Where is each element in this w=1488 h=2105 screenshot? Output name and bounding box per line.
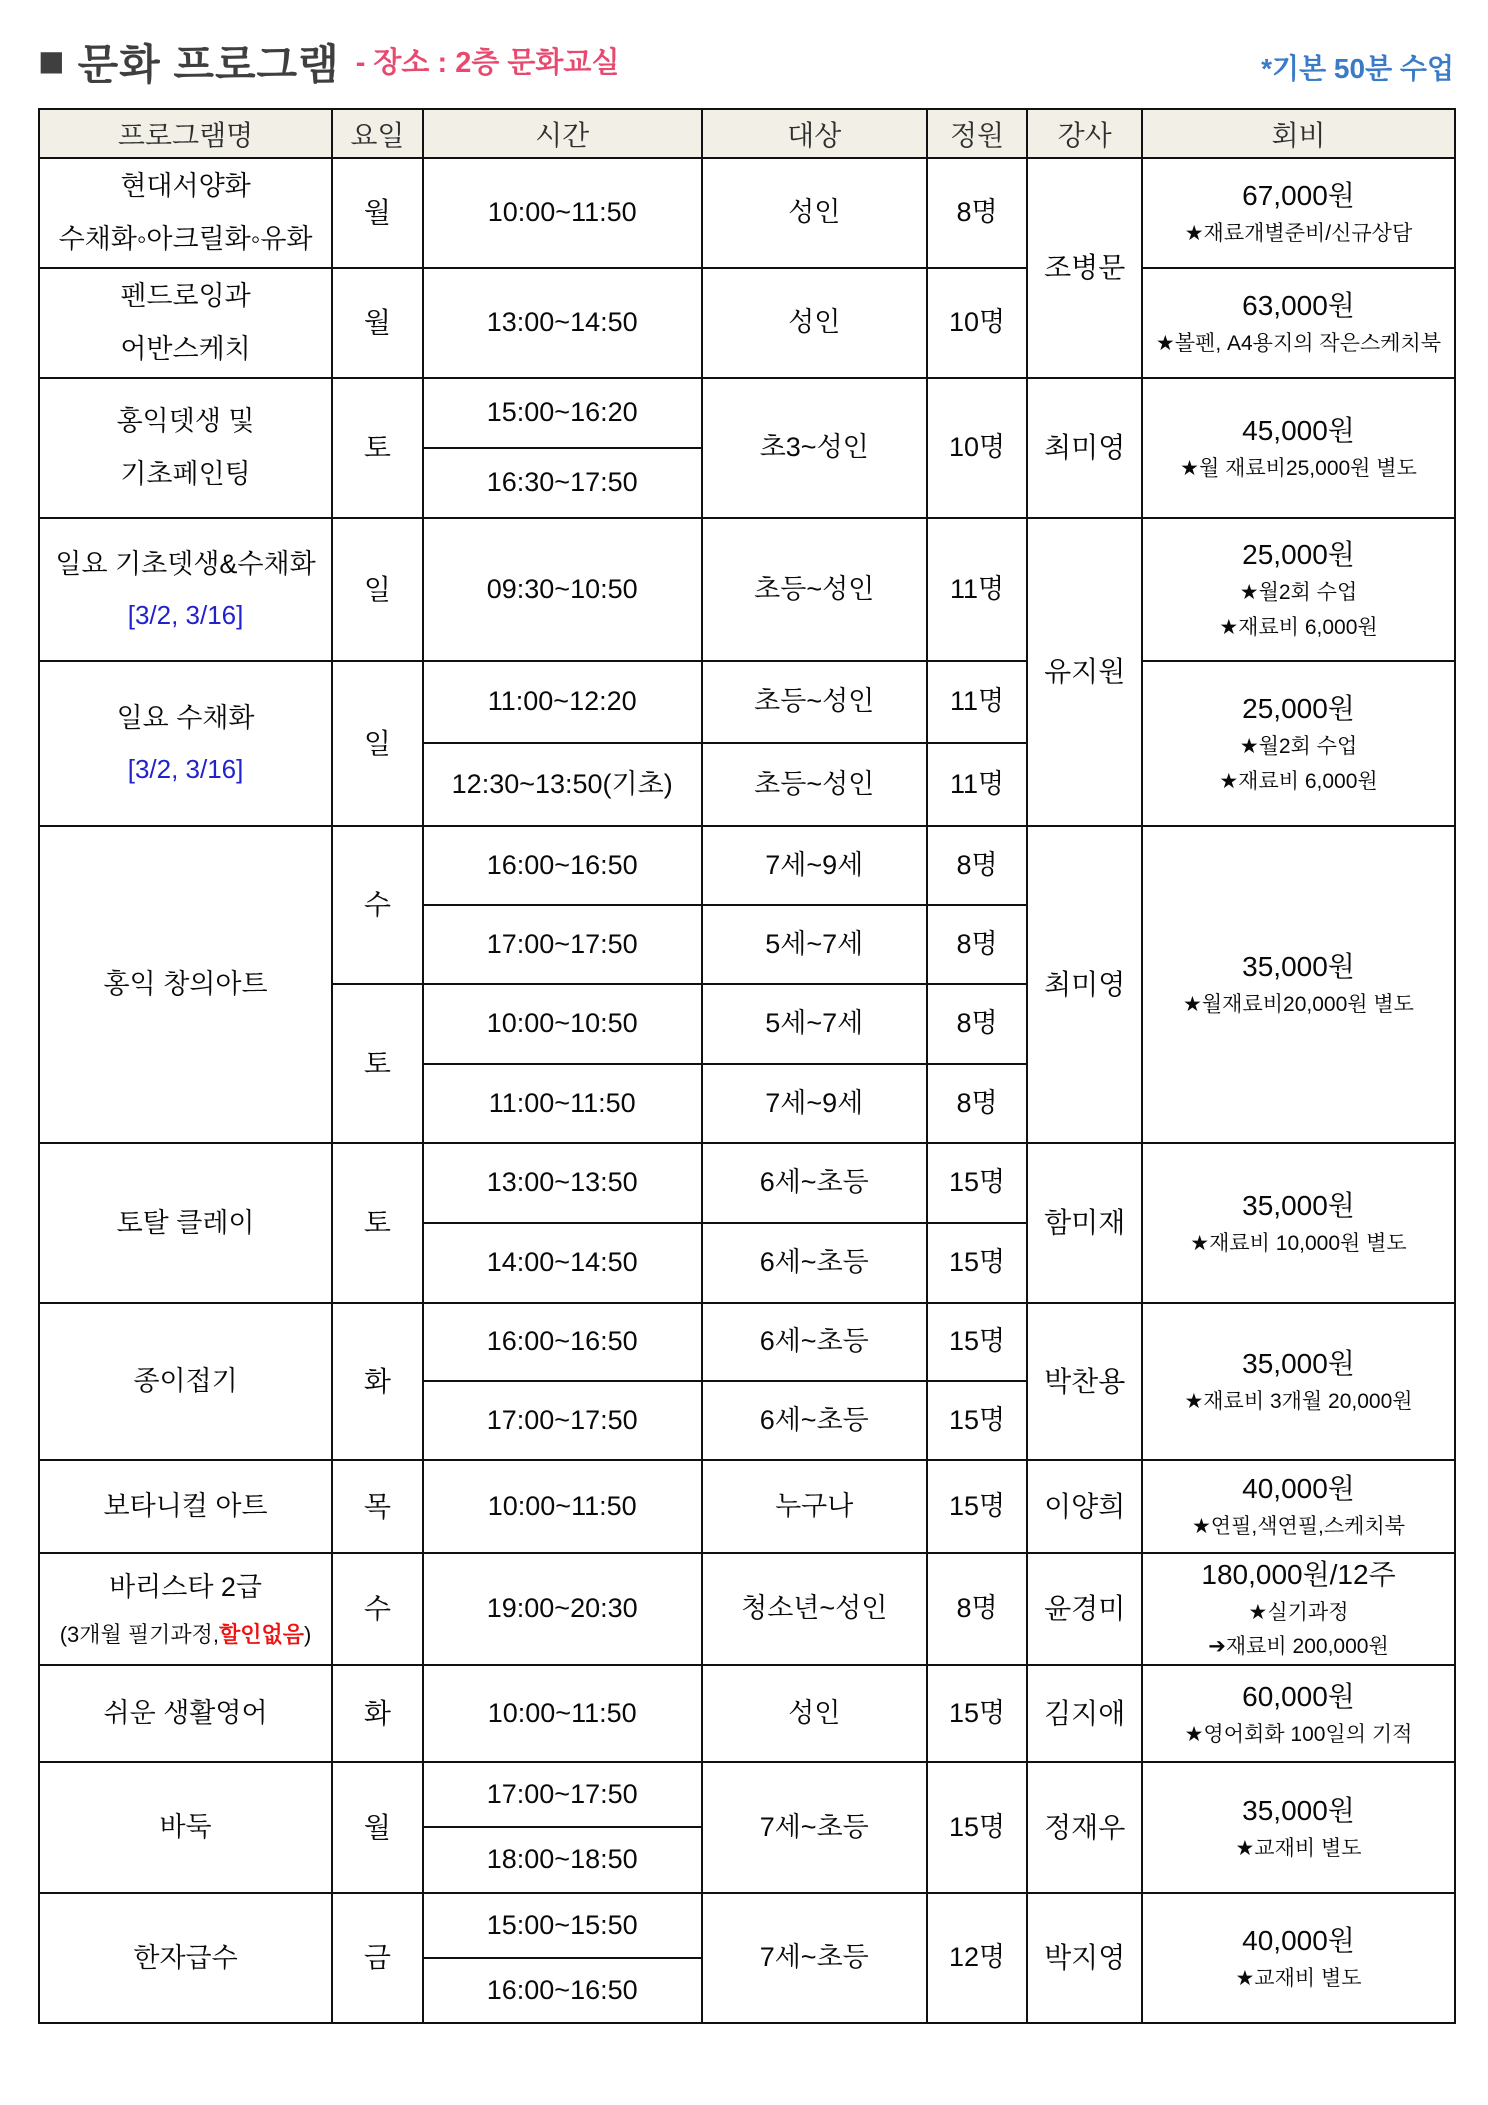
cell-line: 35,000원 xyxy=(1147,1790,1450,1832)
cell-line: ★재료비 6,000원 xyxy=(1147,611,1450,645)
capacity-cell: 8명 xyxy=(927,905,1028,984)
cell-line: 40,000원 xyxy=(1147,1468,1450,1510)
cell-line: 15명 xyxy=(932,1321,1023,1363)
cell-line: 10:00~11:50 xyxy=(428,1693,697,1735)
capacity-cell: 10명 xyxy=(927,268,1028,378)
cell-line: 최미영 xyxy=(1032,963,1137,1006)
cell-line: 40,000원 xyxy=(1147,1920,1450,1962)
cell-line: 성인 xyxy=(707,1693,922,1735)
fee-cell: 67,000원★재료개별준비/신규상담 xyxy=(1142,158,1455,268)
cell-line: 성인 xyxy=(707,192,922,234)
program-name-cell: 현대서양화수채화◦아크릴화◦유화 xyxy=(39,158,332,268)
cell-line: ★연필,색연필,스케치북 xyxy=(1147,1510,1450,1544)
table-row: 한자급수금15:00~15:507세~초등12명박지영40,000원★교재비 별… xyxy=(39,1893,1455,1958)
table-header-cell: 강사 xyxy=(1027,109,1142,158)
cell-line: ★재료비 3개월 20,000원 xyxy=(1147,1385,1450,1419)
teacher-cell: 윤경미 xyxy=(1027,1553,1142,1665)
target-cell: 7세~초등 xyxy=(702,1762,927,1893)
location-subtitle: - 장소 : 2층 문화교실 xyxy=(356,40,620,84)
cell-line: 초3~성인 xyxy=(707,427,922,469)
cell-line: 25,000원 xyxy=(1147,688,1450,730)
day-cell: 월 xyxy=(332,158,423,268)
cell-line: 수 xyxy=(337,883,418,926)
cell-line: ★교재비 별도 xyxy=(1147,1832,1450,1866)
target-cell: 성인 xyxy=(702,1665,927,1762)
cell-line: 홍익뎃생 및 xyxy=(44,395,327,448)
time-cell: 13:00~14:50 xyxy=(423,268,702,378)
time-cell: 10:00~11:50 xyxy=(423,1665,702,1762)
cell-line: ★실기과정 xyxy=(1147,1596,1450,1630)
fee-cell: 35,000원★재료비 10,000원 별도 xyxy=(1142,1143,1455,1303)
program-name-cell: 토탈 클레이 xyxy=(39,1143,332,1303)
cell-line: 180,000원/12주 xyxy=(1147,1554,1450,1596)
day-cell: 화 xyxy=(332,1303,423,1460)
cell-line: 일요 수채화 xyxy=(44,692,327,745)
cell-line: 바리스타 2급 xyxy=(44,1561,327,1614)
time-cell: 15:00~15:50 xyxy=(423,1893,702,1958)
cell-line: 토 xyxy=(337,1201,418,1244)
cell-line: 화 xyxy=(337,1360,418,1403)
time-cell: 16:00~16:50 xyxy=(423,1958,702,2023)
page: ■ 문화 프로그램 - 장소 : 2층 문화교실 *기본 50분 수업 프로그램… xyxy=(0,0,1488,2024)
fee-cell: 180,000원/12주★실기과정➔재료비 200,000원 xyxy=(1142,1553,1455,1665)
teacher-cell: 정재우 xyxy=(1027,1762,1142,1893)
teacher-cell: 최미영 xyxy=(1027,378,1142,518)
cell-line: 쉬운 생활영어 xyxy=(44,1687,327,1740)
cell-line: 13:00~14:50 xyxy=(428,302,697,344)
table-header-cell: 프로그램명 xyxy=(39,109,332,158)
cell-line: 수채화◦아크릴화◦유화 xyxy=(44,213,327,266)
cell-line: 화 xyxy=(337,1692,418,1735)
fee-cell: 25,000원★월2회 수업★재료비 6,000원 xyxy=(1142,518,1455,661)
cell-line: 일 xyxy=(337,568,418,611)
cell-line: ★월2회 수업 xyxy=(1147,730,1450,764)
target-cell: 초등~성인 xyxy=(702,661,927,743)
program-name-cell: 보타니컬 아트 xyxy=(39,1460,332,1553)
cell-line: 6세~초등 xyxy=(707,1242,922,1284)
table-header-cell: 회비 xyxy=(1142,109,1455,158)
cell-line: 김지애 xyxy=(1032,1692,1137,1735)
cell-line: 조병문 xyxy=(1032,246,1137,289)
capacity-cell: 8명 xyxy=(927,1064,1028,1143)
cell-line: 7세~초등 xyxy=(707,1937,922,1979)
target-cell: 청소년~성인 xyxy=(702,1553,927,1665)
time-cell: 12:30~13:50(기초) xyxy=(423,743,702,826)
time-cell: 13:00~13:50 xyxy=(423,1143,702,1223)
fee-cell: 45,000원★월 재료비25,000원 별도 xyxy=(1142,378,1455,518)
table-row: 토탈 클레이토13:00~13:506세~초등15명함미재35,000원★재료비… xyxy=(39,1143,1455,1223)
cell-line: ➔재료비 200,000원 xyxy=(1147,1630,1450,1664)
cell-line: ★교재비 별도 xyxy=(1147,1962,1450,1996)
cell-line: 14:00~14:50 xyxy=(428,1242,697,1284)
duration-note: *기본 50분 수업 xyxy=(1261,47,1454,92)
cell-line: 6세~초등 xyxy=(707,1400,922,1442)
cell-line: 35,000원 xyxy=(1147,1343,1450,1385)
cell-line: ★재료비 10,000원 별도 xyxy=(1147,1227,1450,1261)
cell-line: 초등~성인 xyxy=(707,681,922,723)
time-cell: 16:00~16:50 xyxy=(423,826,702,905)
cell-line: 16:00~16:50 xyxy=(428,1321,697,1363)
cell-line: 8명 xyxy=(932,845,1023,887)
cell-line: 청소년~성인 xyxy=(707,1588,922,1630)
day-cell: 토 xyxy=(332,378,423,518)
cell-line: 15명 xyxy=(932,1242,1023,1284)
cell-line: (3개월 필기과정,할인없음) xyxy=(44,1614,327,1657)
time-cell: 17:00~17:50 xyxy=(423,905,702,984)
target-cell: 초등~성인 xyxy=(702,518,927,661)
cell-line: 종이접기 xyxy=(44,1355,327,1408)
capacity-cell: 10명 xyxy=(927,378,1028,518)
program-name-cell: 일요 기초뎃생&수채화[3/2, 3/16] xyxy=(39,518,332,661)
capacity-cell: 15명 xyxy=(927,1665,1028,1762)
cell-line: 15:00~15:50 xyxy=(428,1905,697,1947)
cell-line: 15:00~16:20 xyxy=(428,392,697,434)
capacity-cell: 15명 xyxy=(927,1460,1028,1553)
table-row: 현대서양화수채화◦아크릴화◦유화월10:00~11:50성인8명조병문67,00… xyxy=(39,158,1455,268)
cell-line: 15명 xyxy=(932,1400,1023,1442)
fee-cell: 25,000원★월2회 수업★재료비 6,000원 xyxy=(1142,661,1455,826)
cell-line: 월 xyxy=(337,1806,418,1849)
cell-line: 박지영 xyxy=(1032,1936,1137,1979)
title-row: ■ 문화 프로그램 - 장소 : 2층 문화교실 *기본 50분 수업 xyxy=(38,32,1454,92)
teacher-cell: 조병문 xyxy=(1027,158,1142,378)
time-cell: 16:30~17:50 xyxy=(423,448,702,518)
cell-line: 8명 xyxy=(932,1083,1023,1125)
teacher-cell: 박찬용 xyxy=(1027,1303,1142,1460)
cell-line: 누구나 xyxy=(707,1486,922,1528)
program-name-cell: 펜드로잉과어반스케치 xyxy=(39,268,332,378)
capacity-cell: 15명 xyxy=(927,1223,1028,1303)
cell-line: 10:00~11:50 xyxy=(428,192,697,234)
capacity-cell: 8명 xyxy=(927,984,1028,1064)
cell-line: 펜드로잉과 xyxy=(44,270,327,323)
program-table: 프로그램명요일시간대상정원강사회비 현대서양화수채화◦아크릴화◦유화월10:00… xyxy=(38,108,1456,2024)
cell-line: 09:30~10:50 xyxy=(428,569,697,611)
table-row: 종이접기화16:00~16:506세~초등15명박찬용35,000원★재료비 3… xyxy=(39,1303,1455,1381)
cell-line: 박찬용 xyxy=(1032,1360,1137,1403)
capacity-cell: 15명 xyxy=(927,1762,1028,1893)
cell-line: 12명 xyxy=(932,1937,1023,1979)
table-row: 바리스타 2급(3개월 필기과정,할인없음)수19:00~20:30청소년~성인… xyxy=(39,1553,1455,1665)
cell-line: 15명 xyxy=(932,1693,1023,1735)
day-cell: 수 xyxy=(332,1553,423,1665)
cell-line: 토탈 클레이 xyxy=(44,1197,327,1250)
cell-line: 17:00~17:50 xyxy=(428,1400,697,1442)
target-cell: 성인 xyxy=(702,158,927,268)
teacher-cell: 박지영 xyxy=(1027,1893,1142,2023)
cell-line: 15명 xyxy=(932,1807,1023,1849)
cell-line: 일 xyxy=(337,722,418,765)
target-cell: 7세~9세 xyxy=(702,826,927,905)
cell-line: 초등~성인 xyxy=(707,569,922,611)
cell-line: 목 xyxy=(337,1485,418,1528)
day-cell: 토 xyxy=(332,1143,423,1303)
target-cell: 6세~초등 xyxy=(702,1143,927,1223)
cell-line: 일요 기초뎃생&수채화 xyxy=(44,538,327,591)
cell-line: 10:00~10:50 xyxy=(428,1003,697,1045)
time-cell: 11:00~11:50 xyxy=(423,1064,702,1143)
cell-line: 11:00~11:50 xyxy=(428,1083,697,1125)
cell-line: 월 xyxy=(337,301,418,344)
day-cell: 일 xyxy=(332,661,423,826)
time-cell: 17:00~17:50 xyxy=(423,1762,702,1827)
teacher-cell: 최미영 xyxy=(1027,826,1142,1143)
table-row: 일요 수채화[3/2, 3/16]일11:00~12:20초등~성인11명25,… xyxy=(39,661,1455,743)
cell-line: 5세~7세 xyxy=(707,1003,922,1045)
table-header-cell: 요일 xyxy=(332,109,423,158)
table-row: 바둑월17:00~17:507세~초등15명정재우35,000원★교재비 별도 xyxy=(39,1762,1455,1827)
cell-line: 기초페인팅 xyxy=(44,448,327,501)
capacity-cell: 15명 xyxy=(927,1143,1028,1223)
cell-line: 11명 xyxy=(932,681,1023,723)
cell-line: 함미재 xyxy=(1032,1201,1137,1244)
table-header-row: 프로그램명요일시간대상정원강사회비 xyxy=(39,109,1455,158)
day-cell: 화 xyxy=(332,1665,423,1762)
table-row: 쉬운 생활영어화10:00~11:50성인15명김지애60,000원★영어회화 … xyxy=(39,1665,1455,1762)
table-row: 보타니컬 아트목10:00~11:50누구나15명이양희40,000원★연필,색… xyxy=(39,1460,1455,1553)
program-name-cell: 한자급수 xyxy=(39,1893,332,2023)
cell-line: 정재우 xyxy=(1032,1806,1137,1849)
table-row: 홍익뎃생 및기초페인팅토15:00~16:20초3~성인10명최미영45,000… xyxy=(39,378,1455,448)
time-cell: 16:00~16:50 xyxy=(423,1303,702,1381)
fee-cell: 63,000원★볼펜, A4용지의 작은스케치북 xyxy=(1142,268,1455,378)
capacity-cell: 11명 xyxy=(927,743,1028,826)
cell-line: 60,000원 xyxy=(1147,1676,1450,1718)
capacity-cell: 12명 xyxy=(927,1893,1028,2023)
cell-line: 16:00~16:50 xyxy=(428,845,697,887)
cell-line: 토 xyxy=(337,426,418,469)
day-cell: 일 xyxy=(332,518,423,661)
cell-line: 63,000원 xyxy=(1147,285,1450,327)
program-name-cell: 홍익 창의아트 xyxy=(39,826,332,1143)
cell-line: ★볼펜, A4용지의 작은스케치북 xyxy=(1147,327,1450,361)
cell-line: 15명 xyxy=(932,1486,1023,1528)
target-cell: 6세~초등 xyxy=(702,1303,927,1381)
cell-line: 16:00~16:50 xyxy=(428,1970,697,2012)
cell-line: 35,000원 xyxy=(1147,946,1450,988)
page-title: 문화 프로그램 xyxy=(78,32,340,92)
time-cell: 10:00~11:50 xyxy=(423,1460,702,1553)
cell-line: 토 xyxy=(337,1042,418,1085)
table-row: 펜드로잉과어반스케치월13:00~14:50성인10명63,000원★볼펜, A… xyxy=(39,268,1455,378)
cell-line: 13:00~13:50 xyxy=(428,1162,697,1204)
cell-line: 15명 xyxy=(932,1162,1023,1204)
cell-line: 8명 xyxy=(932,192,1023,234)
cell-line: 11명 xyxy=(932,764,1023,806)
time-cell: 17:00~17:50 xyxy=(423,1381,702,1460)
table-header-cell: 대상 xyxy=(702,109,927,158)
fee-cell: 60,000원★영어회화 100일의 기적 xyxy=(1142,1665,1455,1762)
cell-line: 6세~초등 xyxy=(707,1162,922,1204)
capacity-cell: 11명 xyxy=(927,518,1028,661)
day-cell: 월 xyxy=(332,268,423,378)
time-cell: 15:00~16:20 xyxy=(423,378,702,448)
cell-line: 이양희 xyxy=(1032,1485,1137,1528)
table-row: 일요 기초뎃생&수채화[3/2, 3/16]일09:30~10:50초등~성인1… xyxy=(39,518,1455,661)
day-cell: 금 xyxy=(332,1893,423,2023)
target-cell: 6세~초등 xyxy=(702,1381,927,1460)
target-cell: 5세~7세 xyxy=(702,905,927,984)
cell-line: 8명 xyxy=(932,1588,1023,1630)
cell-line: 바둑 xyxy=(44,1801,327,1854)
time-cell: 18:00~18:50 xyxy=(423,1827,702,1893)
target-cell: 5세~7세 xyxy=(702,984,927,1064)
cell-line: 6세~초등 xyxy=(707,1321,922,1363)
time-cell: 11:00~12:20 xyxy=(423,661,702,743)
cell-line: 유지원 xyxy=(1032,650,1137,693)
cell-line: 한자급수 xyxy=(44,1932,327,1985)
target-cell: 초등~성인 xyxy=(702,743,927,826)
cell-line: 성인 xyxy=(707,302,922,344)
day-cell: 수 xyxy=(332,826,423,984)
fee-cell: 35,000원★재료비 3개월 20,000원 xyxy=(1142,1303,1455,1460)
cell-line: 홍익 창의아트 xyxy=(44,958,327,1011)
teacher-cell: 김지애 xyxy=(1027,1665,1142,1762)
cell-line: 수 xyxy=(337,1587,418,1630)
day-cell: 토 xyxy=(332,984,423,1143)
cell-line: ★재료비 6,000원 xyxy=(1147,765,1450,799)
capacity-cell: 11명 xyxy=(927,661,1028,743)
program-name-cell: 바리스타 2급(3개월 필기과정,할인없음) xyxy=(39,1553,332,1665)
cell-line: ★월 재료비25,000원 별도 xyxy=(1147,452,1450,486)
target-cell: 초3~성인 xyxy=(702,378,927,518)
table-row: 홍익 창의아트수16:00~16:507세~9세8명최미영35,000원★월재료… xyxy=(39,826,1455,905)
time-cell: 09:30~10:50 xyxy=(423,518,702,661)
cell-line: [3/2, 3/16] xyxy=(44,590,327,641)
time-cell: 19:00~20:30 xyxy=(423,1553,702,1665)
program-name-cell: 일요 수채화[3/2, 3/16] xyxy=(39,661,332,826)
cell-line: 초등~성인 xyxy=(707,764,922,806)
program-name-cell: 바둑 xyxy=(39,1762,332,1893)
cell-line: 5세~7세 xyxy=(707,924,922,966)
fee-cell: 40,000원★교재비 별도 xyxy=(1142,1893,1455,2023)
cell-line: ★월재료비20,000원 별도 xyxy=(1147,988,1450,1022)
cell-line: 11명 xyxy=(932,569,1023,611)
capacity-cell: 15명 xyxy=(927,1303,1028,1381)
cell-line: ★재료개별준비/신규상담 xyxy=(1147,217,1450,251)
cell-line: 보타니컬 아트 xyxy=(44,1480,327,1533)
capacity-cell: 15명 xyxy=(927,1381,1028,1460)
title-left: ■ 문화 프로그램 - 장소 : 2층 문화교실 xyxy=(38,32,619,92)
target-cell: 누구나 xyxy=(702,1460,927,1553)
day-cell: 월 xyxy=(332,1762,423,1893)
cell-line: 금 xyxy=(337,1936,418,1979)
cell-line: 35,000원 xyxy=(1147,1185,1450,1227)
teacher-cell: 함미재 xyxy=(1027,1143,1142,1303)
program-name-cell: 쉬운 생활영어 xyxy=(39,1665,332,1762)
cell-line: 월 xyxy=(337,191,418,234)
fee-cell: 35,000원★교재비 별도 xyxy=(1142,1762,1455,1893)
target-cell: 7세~9세 xyxy=(702,1064,927,1143)
capacity-cell: 8명 xyxy=(927,826,1028,905)
target-cell: 6세~초등 xyxy=(702,1223,927,1303)
time-cell: 10:00~10:50 xyxy=(423,984,702,1064)
target-cell: 7세~초등 xyxy=(702,1893,927,2023)
program-name-cell: 홍익뎃생 및기초페인팅 xyxy=(39,378,332,518)
program-name-cell: 종이접기 xyxy=(39,1303,332,1460)
target-cell: 성인 xyxy=(702,268,927,378)
cell-line: 어반스케치 xyxy=(44,323,327,376)
cell-line: 16:30~17:50 xyxy=(428,462,697,504)
cell-line: 7세~초등 xyxy=(707,1807,922,1849)
cell-line: 17:00~17:50 xyxy=(428,924,697,966)
cell-line: 8명 xyxy=(932,1003,1023,1045)
cell-line: 최미영 xyxy=(1032,426,1137,469)
cell-line: 19:00~20:30 xyxy=(428,1588,697,1630)
cell-line: ★영어회화 100일의 기적 xyxy=(1147,1718,1450,1752)
cell-line: 45,000원 xyxy=(1147,410,1450,452)
capacity-cell: 8명 xyxy=(927,158,1028,268)
cell-line: 8명 xyxy=(932,924,1023,966)
cell-line: 10명 xyxy=(932,427,1023,469)
fee-cell: 35,000원★월재료비20,000원 별도 xyxy=(1142,826,1455,1143)
cell-line: ★월2회 수업 xyxy=(1147,576,1450,610)
cell-line: 25,000원 xyxy=(1147,534,1450,576)
cell-line: 현대서양화 xyxy=(44,160,327,213)
cell-line: 7세~9세 xyxy=(707,845,922,887)
cell-line: 윤경미 xyxy=(1032,1587,1137,1630)
table-header-cell: 정원 xyxy=(927,109,1028,158)
cell-line: 17:00~17:50 xyxy=(428,1774,697,1816)
day-cell: 목 xyxy=(332,1460,423,1553)
square-bullet-icon: ■ xyxy=(38,40,65,84)
cell-line: 18:00~18:50 xyxy=(428,1839,697,1881)
cell-line: 67,000원 xyxy=(1147,175,1450,217)
fee-cell: 40,000원★연필,색연필,스케치북 xyxy=(1142,1460,1455,1553)
cell-line: 12:30~13:50(기초) xyxy=(428,764,697,806)
capacity-cell: 8명 xyxy=(927,1553,1028,1665)
cell-line: 7세~9세 xyxy=(707,1083,922,1125)
table-header-cell: 시간 xyxy=(423,109,702,158)
cell-line: 11:00~12:20 xyxy=(428,681,697,723)
cell-line: 10:00~11:50 xyxy=(428,1486,697,1528)
teacher-cell: 이양희 xyxy=(1027,1460,1142,1553)
cell-line: 10명 xyxy=(932,302,1023,344)
time-cell: 10:00~11:50 xyxy=(423,158,702,268)
cell-line: [3/2, 3/16] xyxy=(44,744,327,795)
teacher-cell: 유지원 xyxy=(1027,518,1142,826)
time-cell: 14:00~14:50 xyxy=(423,1223,702,1303)
